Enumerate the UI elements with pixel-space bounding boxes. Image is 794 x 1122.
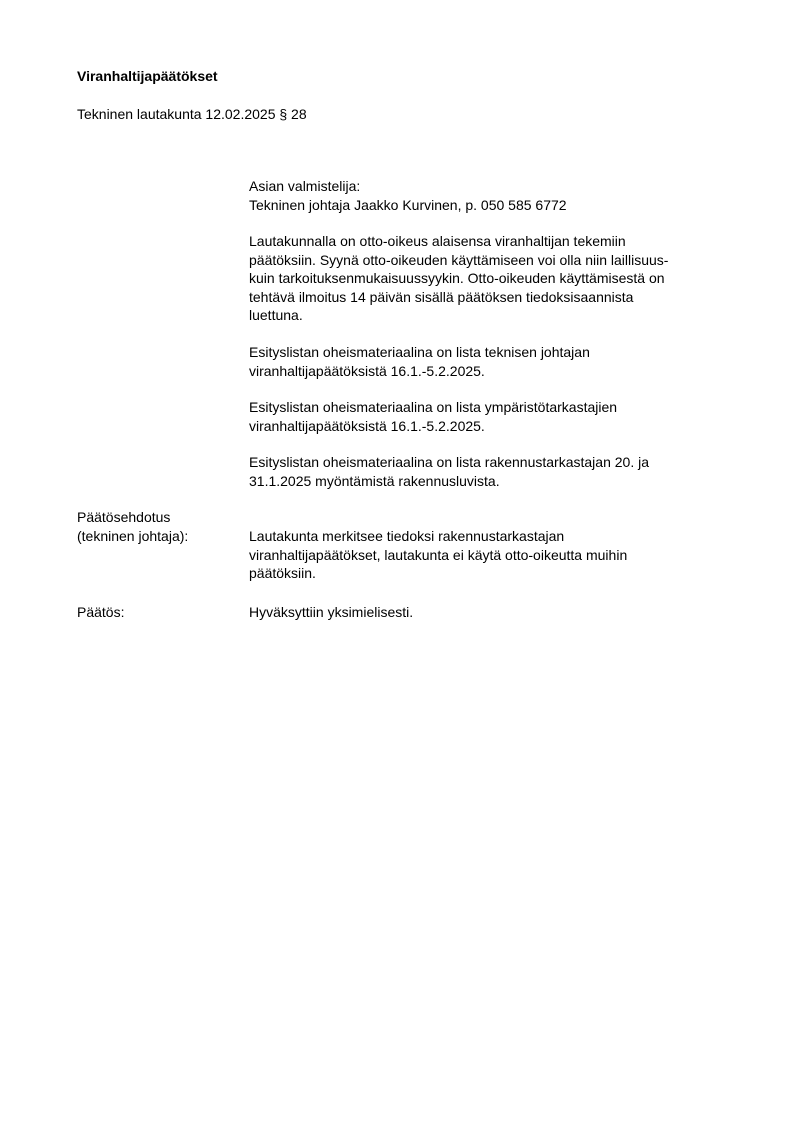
preparer-label: Asian valmistelija: — [249, 177, 727, 196]
proposal-line: Lautakunta merkitsee tiedoksi rakennusta… — [249, 527, 727, 546]
paragraph-line: viranhaltijapäätöksistä 16.1.-5.2.2025. — [249, 362, 727, 381]
paragraph-line: luettuna. — [249, 306, 727, 325]
paragraph-line: Lautakunnalla on otto-oikeus alaisensa v… — [249, 232, 727, 251]
paragraph-line: tehtävä ilmoitus 14 päivän sisällä päätö… — [249, 288, 727, 307]
paragraph-otto-oikeus: Lautakunnalla on otto-oikeus alaisensa v… — [249, 232, 727, 325]
paragraph-attachment-building-inspector: Esityslistan oheismateriaalina on lista … — [249, 453, 727, 490]
paragraph-line: Esityslistan oheismateriaalina on lista … — [249, 398, 727, 417]
document-title: Viranhaltijapäätökset — [77, 67, 218, 86]
proposal-label-line2: (tekninen johtaja): — [77, 527, 188, 546]
paragraph-line: Esityslistan oheismateriaalina on lista … — [249, 453, 727, 472]
meeting-reference: Tekninen lautakunta 12.02.2025 § 28 — [77, 105, 307, 124]
decision-value: Hyväksyttiin yksimielisesti. — [249, 603, 727, 622]
proposal-label-line1: Päätösehdotus — [77, 508, 170, 527]
paragraph-line: päätöksiin. Syynä otto-oikeuden käyttämi… — [249, 251, 727, 270]
decision-text: Hyväksyttiin yksimielisesti. — [249, 603, 727, 622]
preparer-value: Tekninen johtaja Jaakko Kurvinen, p. 050… — [249, 196, 727, 215]
preparer-block: Asian valmistelija: Tekninen johtaja Jaa… — [249, 177, 727, 214]
paragraph-attachment-environment-inspectors: Esityslistan oheismateriaalina on lista … — [249, 398, 727, 435]
paragraph-line: Esityslistan oheismateriaalina on lista … — [249, 343, 727, 362]
proposal-line: viranhaltijapäätökset, lautakunta ei käy… — [249, 546, 727, 565]
paragraph-attachment-technical-director: Esityslistan oheismateriaalina on lista … — [249, 343, 727, 380]
paragraph-line: viranhaltijapäätöksistä 16.1.-5.2.2025. — [249, 417, 727, 436]
paragraph-line: kuin tarkoituksenmukaisuussyykin. Otto-o… — [249, 269, 727, 288]
proposal-line: päätöksiin. — [249, 564, 727, 583]
decision-label: Päätös: — [77, 603, 124, 622]
proposal-text: Lautakunta merkitsee tiedoksi rakennusta… — [249, 527, 727, 583]
paragraph-line: 31.1.2025 myöntämistä rakennusluvista. — [249, 472, 727, 491]
